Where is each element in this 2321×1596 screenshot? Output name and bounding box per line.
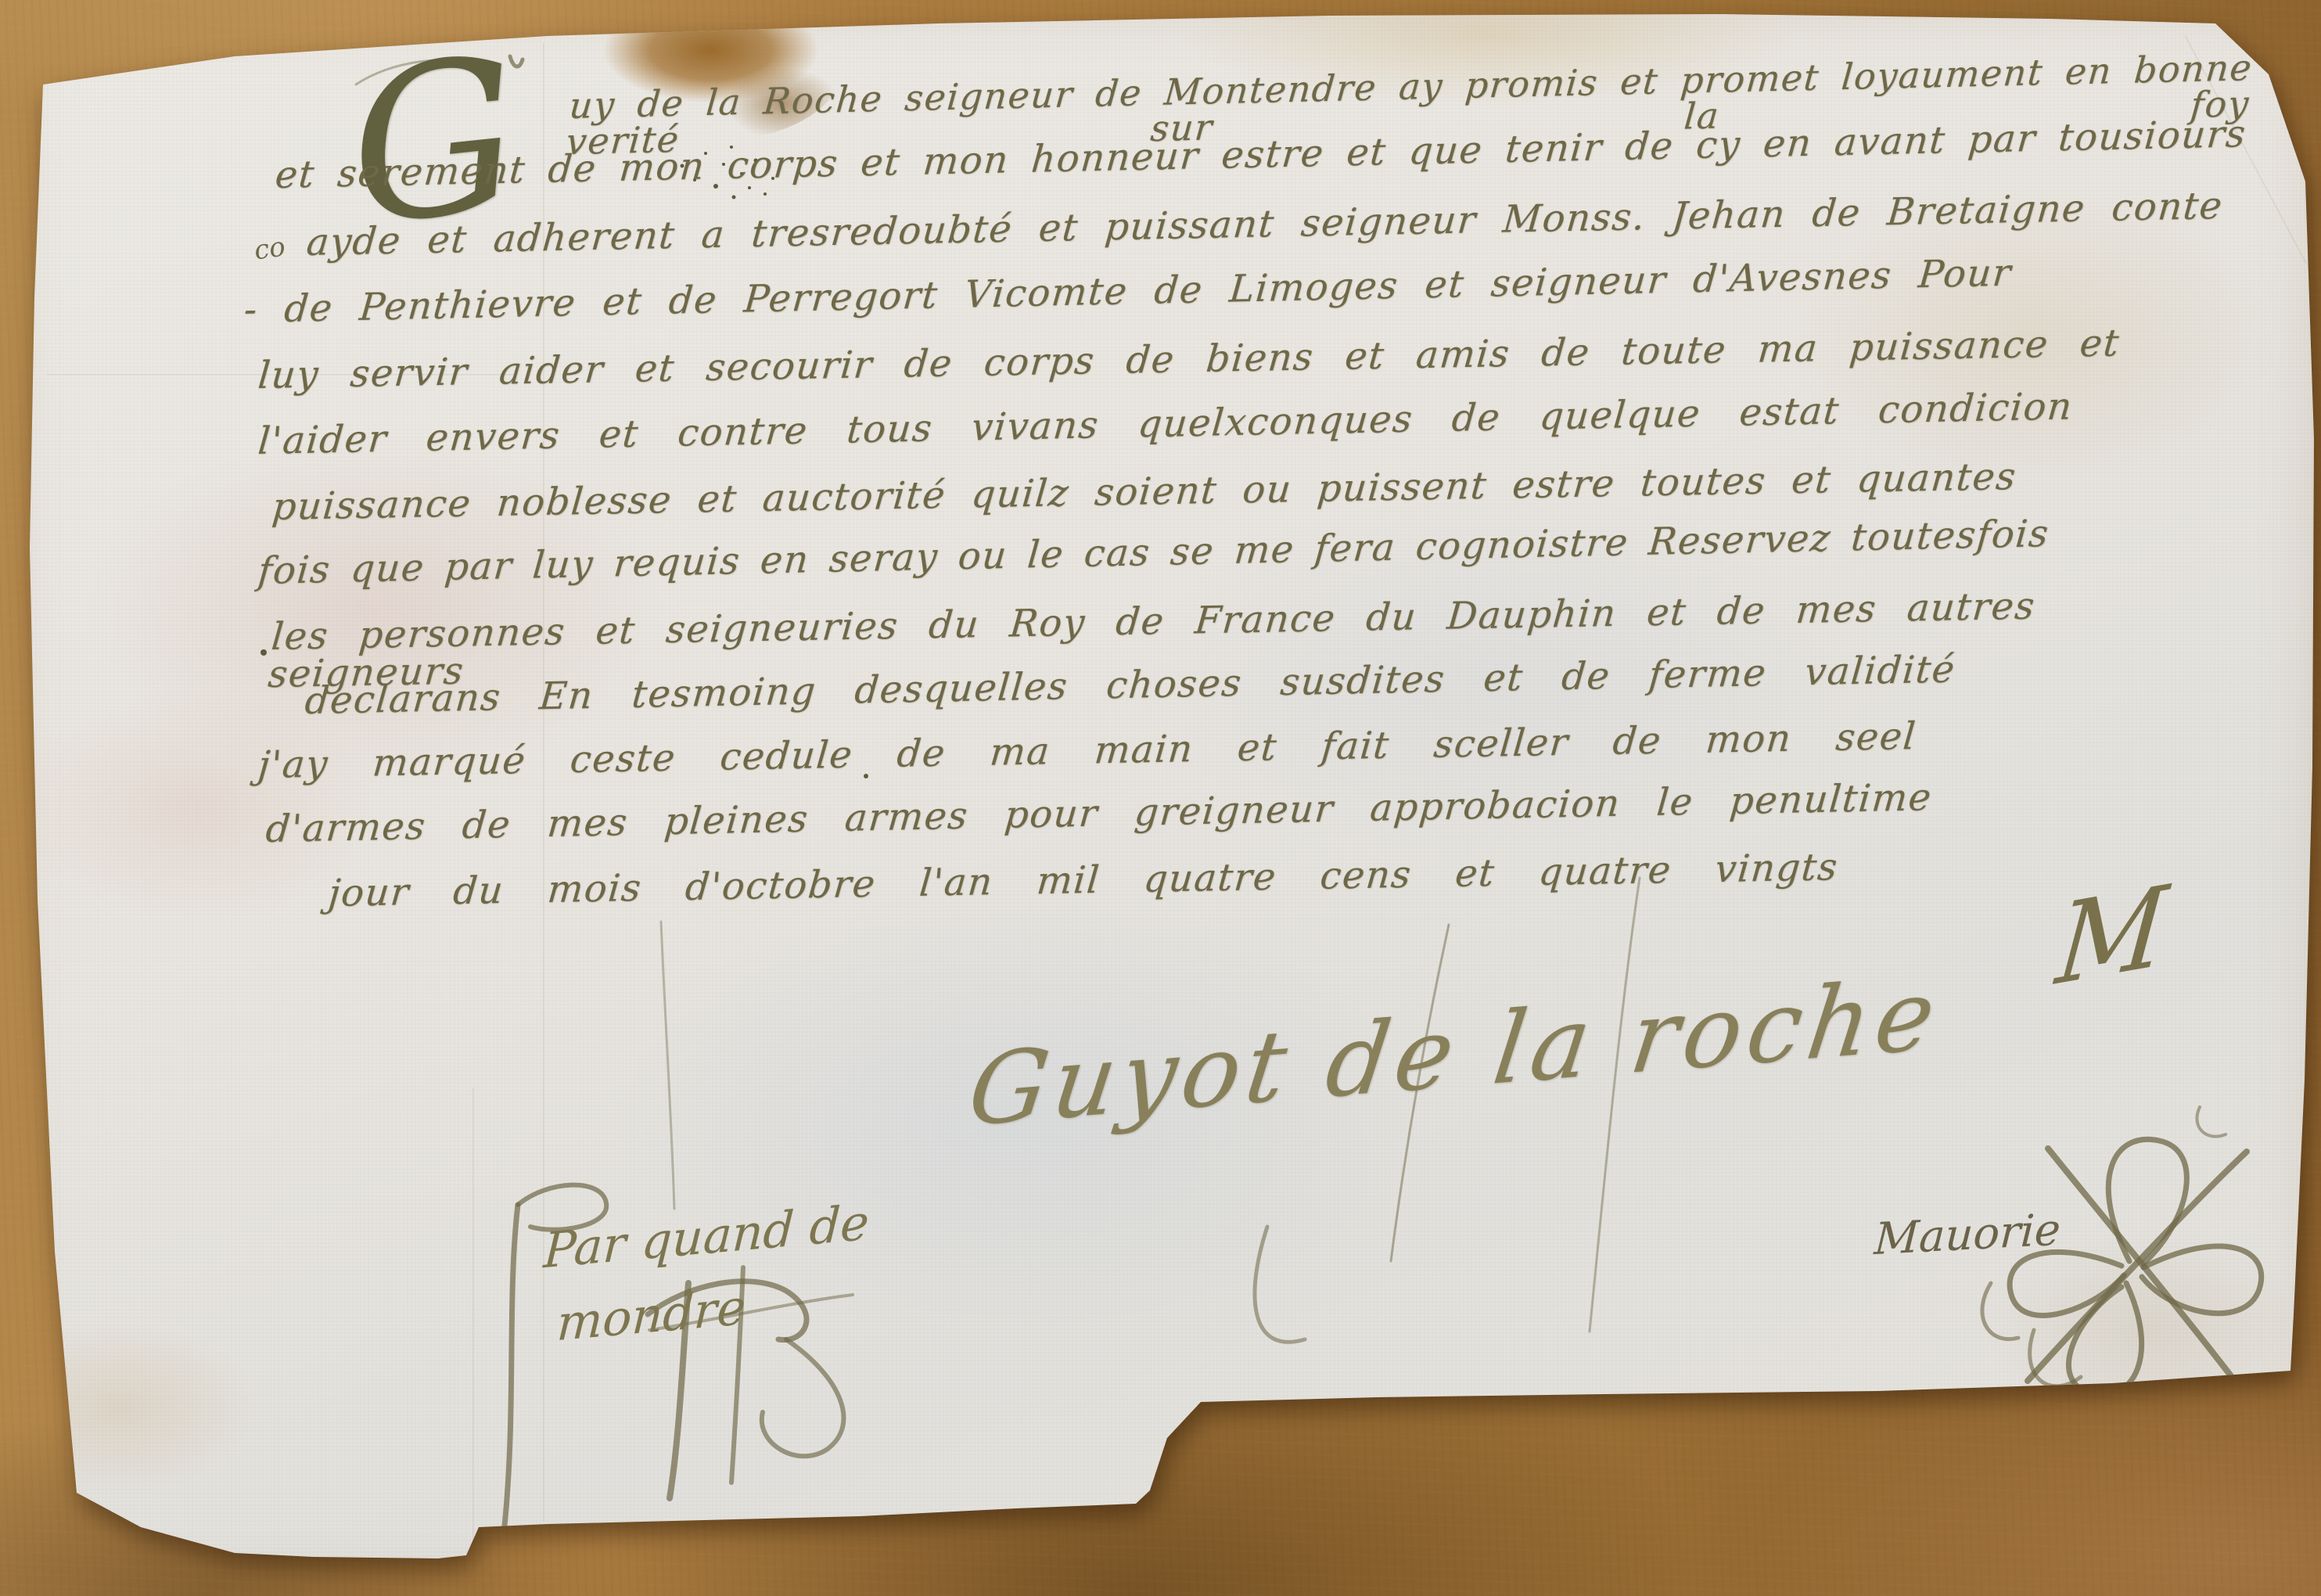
manuscript-photo: G co uy de la Roche seigneur de Montendr…	[0, 0, 2321, 1596]
parchment-sheet: G co uy de la Roche seigneur de Montendr…	[0, 0, 2321, 1596]
notary-signature: Mauorie	[1873, 1204, 2061, 1265]
parchment-shadow: G co uy de la Roche seigneur de Montendr…	[0, 0, 2321, 1596]
end-of-text-paraph: M	[2052, 861, 2172, 1011]
marginal-mark: co	[252, 231, 287, 266]
